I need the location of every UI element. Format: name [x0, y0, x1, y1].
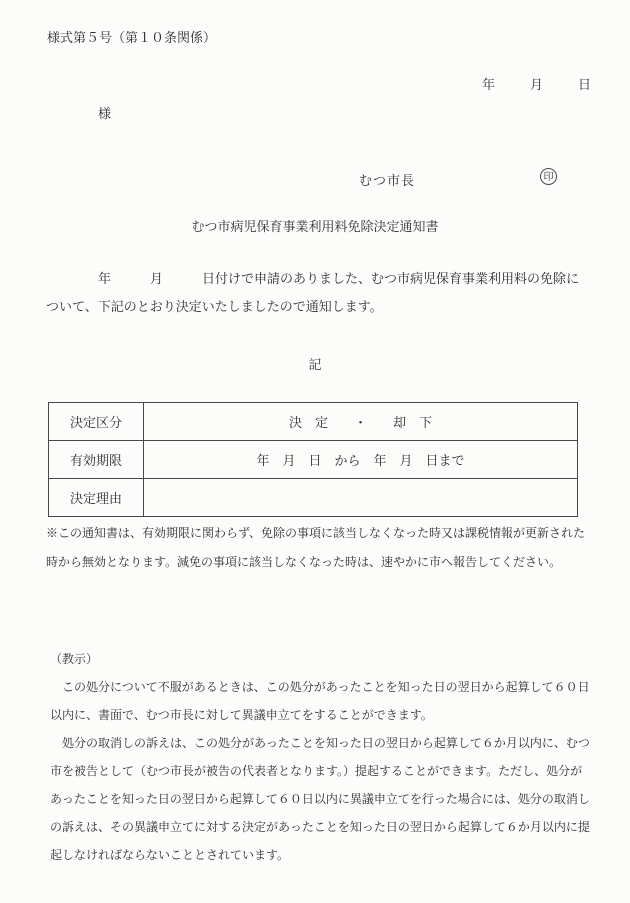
issue-date: 年 月 日 — [482, 74, 594, 93]
table-row-label: 決定理由 — [49, 479, 144, 517]
document-title: むつ市病児保育事業利用料免除決定通知書 — [0, 216, 630, 235]
decision-table-body: 決定区分 決 定 ・ 却 下 有効期限 年 月 日 から 年 月 日まで 決定理… — [49, 403, 578, 517]
body-paragraph: 年 月 日付けで申請のありました、むつ市病児保育事業利用料の免除について、下記の… — [46, 265, 579, 321]
body-line: ついて、下記のとおり決定いたしましたので通知します。 — [46, 293, 579, 321]
official-seal-icon: 印 — [540, 168, 557, 185]
appeal-instruction-line: 以内に、書面で、むつ市長に対して異議申立てをすることができます。 — [50, 701, 590, 729]
appeal-instruction-line: 処分の取消しの訴えは、この処分があったことを知った日の翌日から起算して６か月以内… — [50, 729, 590, 757]
validity-note-line: ※この通知書は、有効期限に関わらず、免除の事項に該当しなくなった時又は課税情報が… — [46, 519, 585, 548]
appeal-instruction-heading: （教示） — [50, 645, 590, 673]
appeal-instruction-line: の訴えは、その異議申立てに対する決定があったことを知った日の翌日から起算して６か… — [50, 813, 590, 841]
form-number: 様式第５号（第１０条関係） — [47, 27, 216, 46]
table-row: 決定理由 — [49, 479, 578, 517]
table-row-value: 決 定 ・ 却 下 — [144, 403, 578, 441]
validity-note-line: 時から無効となります。減免の事項に該当しなくなった時は、速やかに市へ報告してくだ… — [46, 548, 585, 577]
recipient-honorific: 様 — [98, 103, 111, 122]
appeal-instruction-line: この処分について不服があるときは、この処分があったことを知った日の翌日から起算し… — [50, 673, 590, 701]
appeal-instruction-body: この処分について不服があるときは、この処分があったことを知った日の翌日から起算し… — [50, 673, 590, 869]
table-row: 有効期限 年 月 日 から 年 月 日まで — [49, 441, 578, 479]
decision-table: 決定区分 決 定 ・ 却 下 有効期限 年 月 日 から 年 月 日まで 決定理… — [48, 402, 578, 517]
table-row-value — [144, 479, 578, 517]
appeal-instruction-line: 起しなければならないこととされています。 — [50, 841, 590, 869]
table-row-value: 年 月 日 から 年 月 日まで — [144, 441, 578, 479]
table-row-label: 決定区分 — [49, 403, 144, 441]
sender-title: むつ市長 — [359, 170, 415, 189]
body-line: 年 月 日付けで申請のありました、むつ市病児保育事業利用料の免除に — [46, 265, 579, 293]
appeal-instruction: （教示） この処分について不服があるときは、この処分があったことを知った日の翌日… — [50, 645, 590, 869]
validity-note: ※この通知書は、有効期限に関わらず、免除の事項に該当しなくなった時又は課税情報が… — [46, 519, 585, 577]
document-page: 様式第５号（第１０条関係） 年 月 日 様 むつ市長 印 むつ市病児保育事業利用… — [0, 0, 630, 903]
appeal-instruction-line: あったことを知った日の翌日から起算して６０日以内に異議申立てを行った場合には、処… — [50, 785, 590, 813]
section-marker-ki: 記 — [0, 354, 630, 373]
table-row-label: 有効期限 — [49, 441, 144, 479]
table-row: 決定区分 決 定 ・ 却 下 — [49, 403, 578, 441]
appeal-instruction-line: 市を被告として（むつ市長が被告の代表者となります。）提起することができます。ただ… — [50, 757, 590, 785]
